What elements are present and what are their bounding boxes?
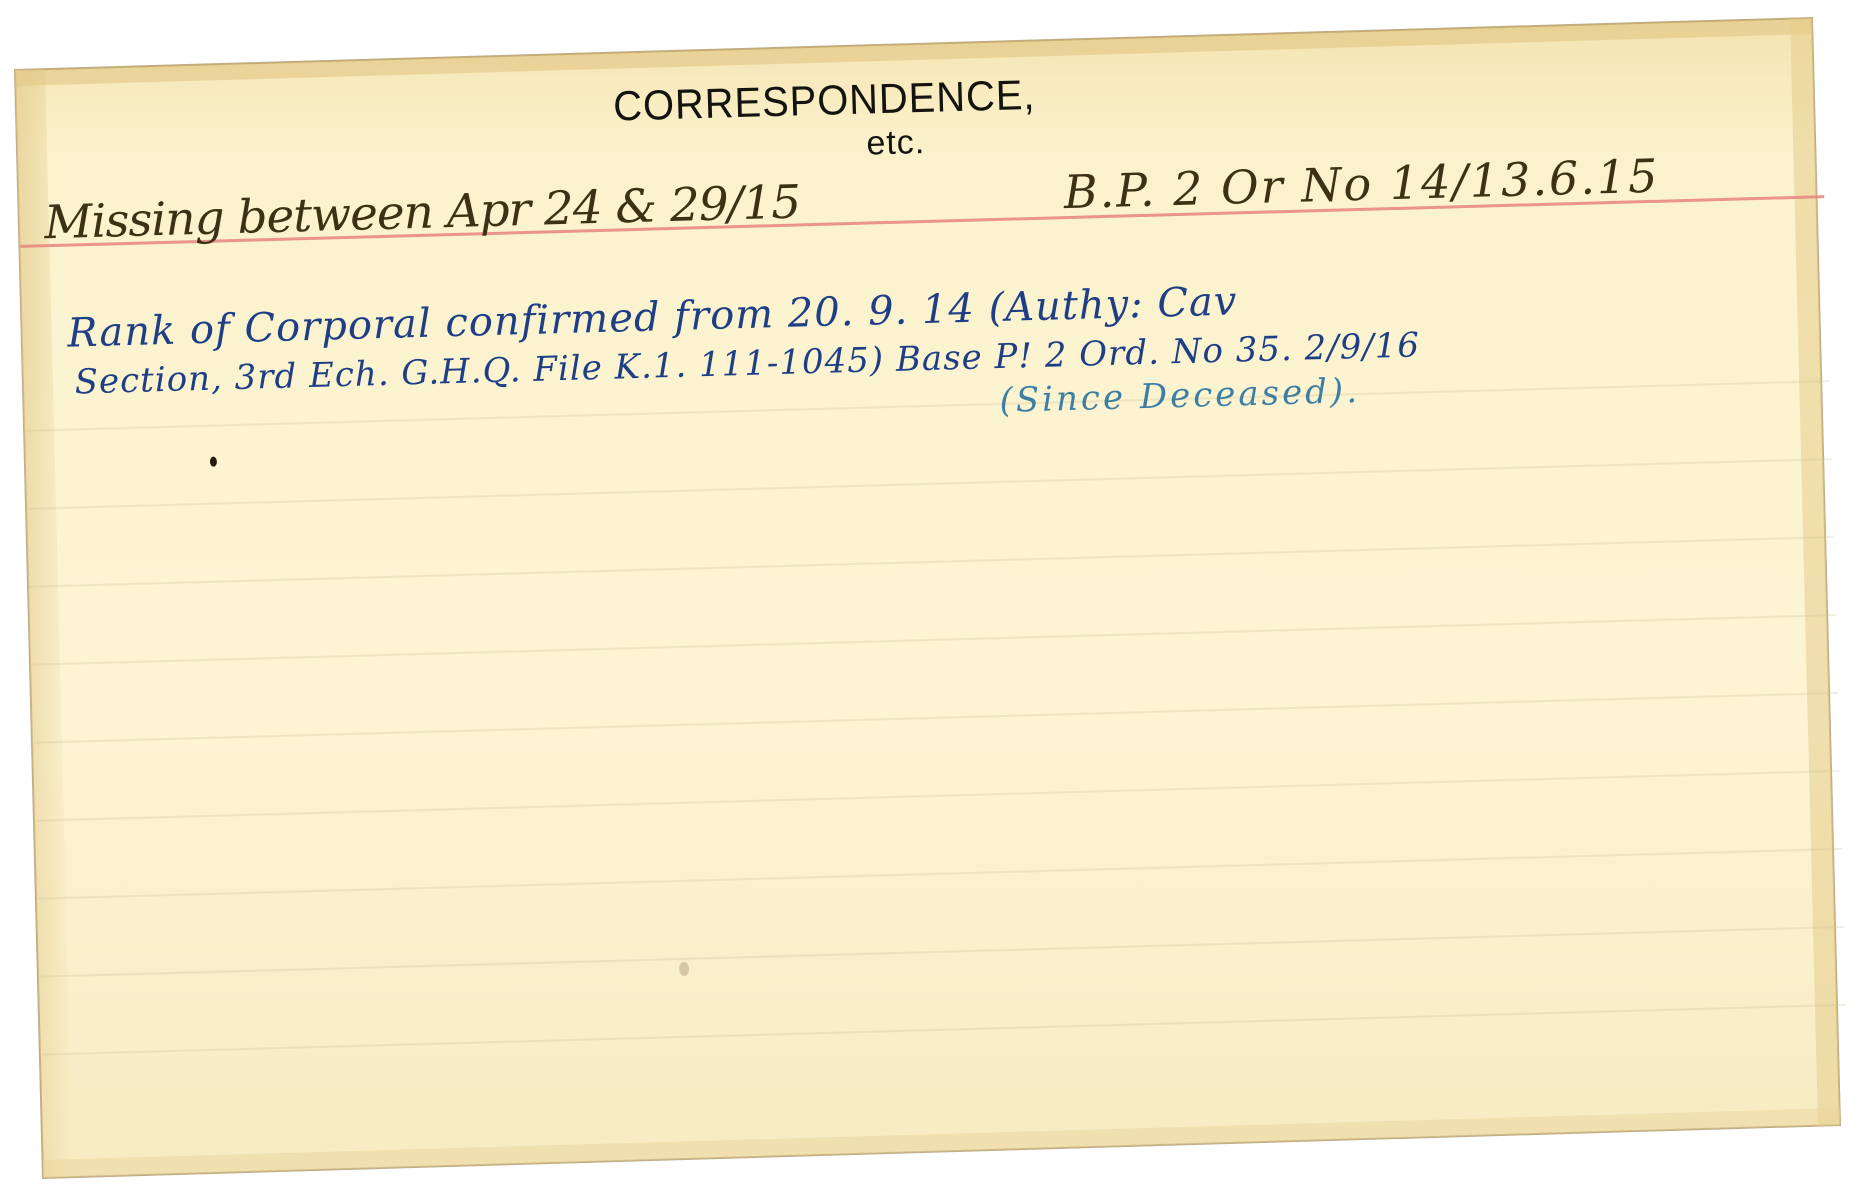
- ruled-line: [27, 458, 1831, 510]
- handwritten-missing-note: Missing between Apr 24 & 29/15: [44, 174, 801, 249]
- handwritten-order-reference: B.P. 2 Or No 14/13.6.15: [1063, 149, 1660, 219]
- ruled-line: [38, 848, 1842, 900]
- printed-subtitle: etc.: [866, 123, 926, 164]
- printed-title: CORRESPONDENCE,: [613, 71, 1036, 131]
- ink-spot: [210, 457, 217, 467]
- ruled-line: [31, 614, 1835, 666]
- handwritten-deceased-note: (Since Deceased).: [999, 371, 1360, 421]
- ruled-line: [40, 926, 1844, 978]
- ruled-line: [36, 770, 1840, 822]
- ruled-line: [42, 1004, 1846, 1056]
- ruled-line: [34, 692, 1838, 744]
- ruled-line: [29, 536, 1833, 588]
- paper-smudge: [679, 962, 689, 976]
- card-content: CORRESPONDENCE, etc. Missing between Apr…: [0, 0, 1862, 1200]
- scanned-card-page: CORRESPONDENCE, etc. Missing between Apr…: [0, 0, 1862, 1200]
